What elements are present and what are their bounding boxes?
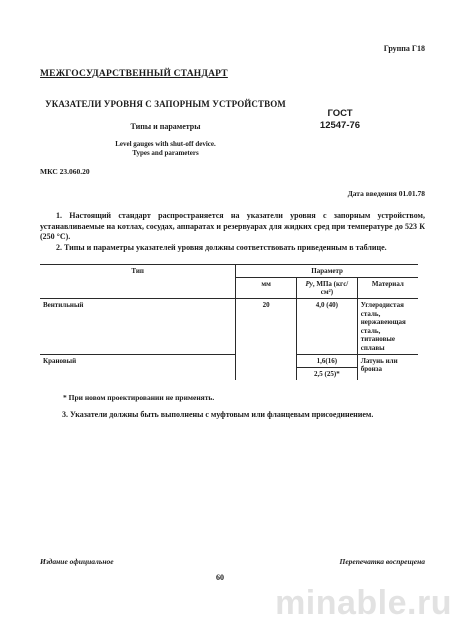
cell-valve-material: Углеродистая сталь, нержавеющая сталь, т… <box>357 299 418 355</box>
cell-cock-material: Латунь или бронза <box>357 355 418 381</box>
footer-edition-note: Издание официальное <box>40 557 114 566</box>
clause-1: 1. Настоящий стандарт распространяется н… <box>40 211 425 243</box>
doc-title-en: Level gauges with shut-off device. Types… <box>33 140 298 158</box>
header-parameter-group: Параметр <box>236 265 418 278</box>
group-label: Группа Г18 <box>0 44 425 53</box>
gost-designation: ГОСТ 12547-76 <box>300 108 380 131</box>
header-pressure: Ру, МПа (кгс/см²) <box>297 278 358 299</box>
pressure-units: , МПа (кгс/см²) <box>313 280 348 296</box>
gost-designation-word: ГОСТ <box>300 108 380 120</box>
gost-designation-number: 12547-76 <box>300 120 380 132</box>
clause-2: 2. Типы и параметры указателей уровня до… <box>40 243 425 254</box>
effective-date: Дата введения 01.01.78 <box>0 189 425 198</box>
watermark: minable.ru <box>275 584 450 623</box>
cell-cock-pressure-1: 1,6(16) <box>297 355 358 368</box>
title-column: УКАЗАТЕЛИ УРОВНЯ С ЗАПОРНЫМ УСТРОЙСТВОМ … <box>33 99 298 158</box>
standard-kind-heading: МЕЖГОСУДАРСТВЕННЫЙ СТАНДАРТ <box>40 69 450 79</box>
table-row-valve: Вентильный 20 4,0 (40) Углеродистая стал… <box>40 299 418 355</box>
header-dn: мм <box>236 278 297 299</box>
page-number: 60 <box>0 573 440 582</box>
cell-valve-pressure: 4,0 (40) <box>297 299 358 355</box>
title-block: УКАЗАТЕЛИ УРОВНЯ С ЗАПОРНЫМ УСТРОЙСТВОМ … <box>0 99 450 158</box>
mks-code: МКС 23.060.20 <box>40 167 450 176</box>
table-header-row-1: Тип Параметр <box>40 265 418 278</box>
table-row-cock-1: Крановый 1,6(16) Латунь или бронза <box>40 355 418 368</box>
clause-3: 3. Указатели должны быть выполнены с муф… <box>62 410 425 419</box>
header-type: Тип <box>40 265 236 299</box>
body-clauses: 1. Настоящий стандарт распространяется н… <box>40 211 425 253</box>
doc-title-ru: УКАЗАТЕЛИ УРОВНЯ С ЗАПОРНЫМ УСТРОЙСТВОМ <box>33 99 298 109</box>
pressure-symbol: Ру <box>305 280 312 288</box>
cell-valve-type: Вентильный <box>40 299 236 355</box>
header-material: Материал <box>357 278 418 299</box>
doc-subtitle-ru: Типы и параметры <box>33 122 298 131</box>
document-page: Группа Г18 МЕЖГОСУДАРСТВЕННЫЙ СТАНДАРТ У… <box>0 0 450 636</box>
doc-title-en-line1: Level gauges with shut-off device. <box>33 140 298 149</box>
cell-dn-value: 20 <box>236 299 297 381</box>
parameters-table: Тип Параметр мм Ру, МПа (кгс/см²) Матери… <box>40 264 418 380</box>
table-footnote: * При новом проектировании не применять. <box>63 393 450 402</box>
footer-reprint-note: Перепечатка воспрещена <box>340 557 425 566</box>
doc-title-en-line2: Types and parameters <box>33 149 298 158</box>
cell-cock-pressure-2: 2,5 (25)* <box>297 368 358 381</box>
cell-cock-type: Крановый <box>40 355 236 381</box>
